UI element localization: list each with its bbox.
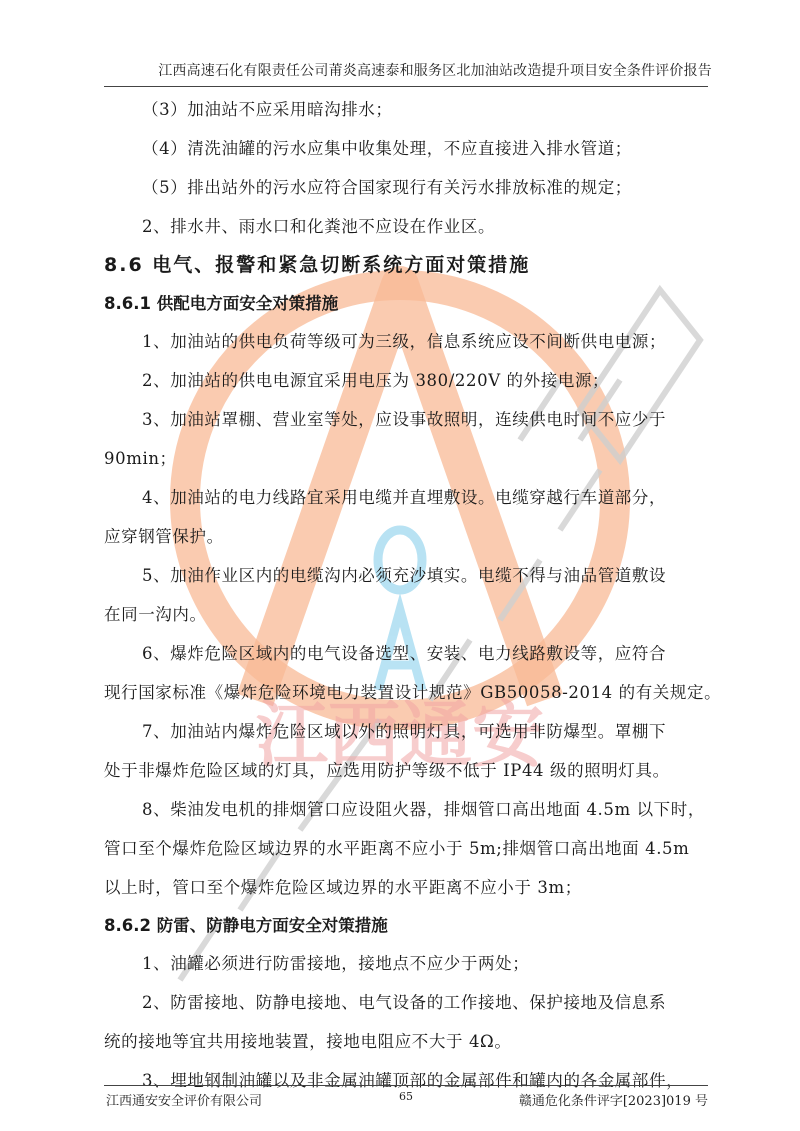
section-heading-8-6-1: 8.6.1 供配电方面安全对策措施	[104, 290, 338, 314]
paragraph-line: （3）加油站不应采用暗沟排水；	[142, 96, 393, 120]
paragraph-line: 90min；	[104, 445, 177, 469]
footer-divider	[104, 1085, 708, 1086]
paragraph-line: 处于非爆炸危险区域的灯具，应选用防护等级不低于 IP44 级的照明灯具。	[104, 757, 670, 781]
paragraph-line: 2、排水井、雨水口和化粪池不应设在作业区。	[142, 213, 495, 237]
paragraph-line: 3、埋地钢制油罐以及非金属油罐顶部的金属部件和罐内的各金属部件，	[142, 1067, 683, 1091]
paragraph-line: 6、爆炸危险区域内的电气设备选型、安装、电力线路敷设等，应符合	[142, 640, 666, 664]
paragraph-line: 2、防雷接地、防静电接地、电气设备的工作接地、保护接地及信息系	[142, 989, 666, 1013]
document-header-title: 江西高速石化有限责任公司莆炎高速泰和服务区北加油站改造提升项目安全条件评价报告	[0, 60, 800, 80]
paragraph-line: 应穿钢管保护。	[104, 523, 224, 547]
paragraph-line: 5、加油作业区内的电缆沟内必须充沙填实。电缆不得与油品管道敷设	[142, 562, 666, 586]
paragraph-line: 2、加油站的供电电源宜采用电压为 380/220V 的外接电源；	[142, 367, 609, 391]
footer-doc-number: 赣通危化条件评字[2023]019 号	[519, 1090, 708, 1109]
paragraph-line: 在同一沟内。	[104, 601, 207, 625]
document-footer: 江西通安安全评价有限公司 65 赣通危化条件评字[2023]019 号	[104, 1090, 708, 1110]
paragraph-line: 现行国家标准《爆炸危险环境电力装置设计规范》GB50058-2014 的有关规定…	[104, 679, 721, 703]
paragraph-line: 1、加油站的供电负荷等级可为三级，信息系统应设不间断供电电源；	[142, 328, 666, 352]
header-divider	[104, 86, 708, 87]
paragraph-line: 7、加油站内爆炸危险区域以外的照明灯具，可选用非防爆型。罩棚下	[142, 718, 666, 742]
paragraph-line: 1、油罐必须进行防雷接地，接地点不应少于两处；	[142, 950, 529, 974]
paragraph-line: （5）排出站外的污水应符合国家现行有关污水排放标准的规定；	[142, 174, 632, 198]
section-heading-8-6: 8.6 电气、报警和紧急切断系统方面对策措施	[104, 250, 530, 277]
document-page: 江西通安 江西高速石化有限责任公司莆炎高速泰和服务区北加油站改造提升项目安全条件…	[0, 0, 800, 1131]
paragraph-line: 管口至个爆炸危险区域边界的水平距离不应小于 5m;排烟管口高出地面 4.5m	[104, 835, 689, 859]
paragraph-line: 4、加油站的电力线路宜采用电缆并直埋敷设。电缆穿越行车道部分，	[142, 484, 666, 508]
paragraph-line: 以上时，管口至个爆炸危险区域边界的水平距离不应小于 3m；	[104, 874, 582, 898]
paragraph-line: （4）清洗油罐的污水应集中收集处理，不应直接进入排水管道；	[142, 135, 632, 159]
paragraph-line: 统的接地等宜共用接地装置，接地电阻应不大于 4Ω。	[104, 1028, 511, 1052]
section-heading-8-6-2: 8.6.2 防雷、防静电方面安全对策措施	[104, 912, 388, 936]
paragraph-line: 8、柴油发电机的排烟管口应设阻火器，排烟管口高出地面 4.5m 以下时，	[142, 796, 705, 820]
paragraph-line: 3、加油站罩棚、营业室等处，应设事故照明，连续供电时间不应少于	[142, 406, 666, 430]
